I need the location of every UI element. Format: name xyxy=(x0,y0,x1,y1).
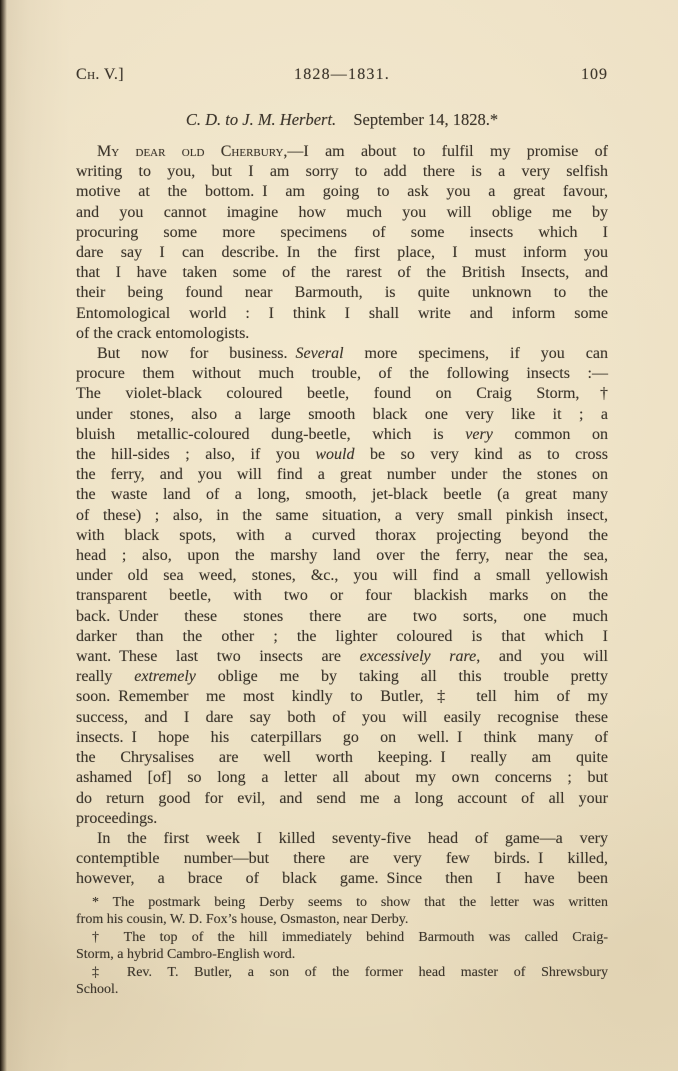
text-segment: writing to you, but I am sorry to add th… xyxy=(76,163,608,180)
text-segment: of these) ; also, in the same situation,… xyxy=(76,507,608,524)
text-segment: , and you will xyxy=(476,648,608,665)
text-segment: the ferry, and you will find a great num… xyxy=(76,466,608,483)
text-line: of the crack entomologists. xyxy=(76,324,608,344)
text-line: under old sea weed, stones, &c., you wil… xyxy=(76,566,608,586)
text-line: In the first week I killed seventy-five … xyxy=(76,829,608,849)
text-segment: ashamed [of] so long a letter all about … xyxy=(76,769,608,786)
text-line: insects. I hope his caterpillars go on w… xyxy=(76,728,608,748)
text-line: the hill-sides ; also, if you would be s… xyxy=(76,445,608,465)
letter-correspondents: C. D. to J. M. Herbert. xyxy=(186,110,336,129)
text-segment: and you cannot imagine how much you will… xyxy=(76,204,608,221)
text-segment: dare say I can describe. In the first pl… xyxy=(76,244,608,261)
footnote: † The top of the hill immediately behind… xyxy=(76,929,608,964)
text-segment: insects. I hope his caterpillars go on w… xyxy=(76,729,608,746)
text-line: of these) ; also, in the same situation,… xyxy=(76,506,608,526)
smallcaps-text: My dear old Cherbury xyxy=(97,143,283,160)
text-segment: the Chrysalises are well worth keeping. … xyxy=(76,749,608,766)
text-line: really extremely oblige me by taking all… xyxy=(76,667,608,687)
text-line: My dear old Cherbury,—I am about to fulf… xyxy=(76,142,608,162)
footnote: * The postmark being Derby seems to show… xyxy=(76,894,608,929)
italic-text: would xyxy=(315,446,354,463)
text-segment: do return good for evil, and send me a l… xyxy=(76,790,608,807)
text-segment: darker than the other ; the lighter colo… xyxy=(76,628,608,645)
text-segment: procure them without much trouble, of th… xyxy=(76,365,608,382)
header-date-range: 1828—1831. xyxy=(76,66,608,84)
footnotes: * The postmark being Derby seems to show… xyxy=(76,894,608,998)
italic-text: extremely xyxy=(134,668,196,685)
text-segment: be so very kind as to cross xyxy=(354,446,608,463)
text-line: however, a brace of black game. Since th… xyxy=(76,869,608,889)
chapter-label: Ch. V.] xyxy=(76,66,124,84)
text-line: The violet-black coloured beetle, found … xyxy=(76,384,608,404)
text-line: contemptible number—but there are very f… xyxy=(76,849,608,869)
text-line: dare say I can describe. In the first pl… xyxy=(76,243,608,263)
text-segment: really xyxy=(76,668,134,685)
text-line: ‡ Rev. T. Butler, a son of the former he… xyxy=(76,964,608,981)
text-line: ashamed [of] so long a letter all about … xyxy=(76,768,608,788)
letter-date: September 14, 1828.* xyxy=(353,110,498,129)
text-segment: Entomological world : I think I shall wr… xyxy=(76,305,608,322)
text-segment: bluish metallic-coloured dung-beetle, wh… xyxy=(76,426,465,443)
text-segment: from his cousin, W. D. Fox’s house, Osma… xyxy=(76,912,408,927)
text-segment: † The top of the hill immediately behind… xyxy=(92,930,608,945)
text-line: writing to you, but I am sorry to add th… xyxy=(76,162,608,182)
text-line: motive at the bottom. I am going to ask … xyxy=(76,182,608,202)
text-line: School. xyxy=(76,981,608,998)
text-segment: of the crack entomologists. xyxy=(76,325,249,342)
text-line: bluish metallic-coloured dung-beetle, wh… xyxy=(76,425,608,445)
text-segment: however, a brace of black game. Since th… xyxy=(76,870,608,887)
text-line: do return good for evil, and send me a l… xyxy=(76,789,608,809)
text-segment: that I have taken some of the rarest of … xyxy=(76,264,608,281)
text-line: But now for business. Several more speci… xyxy=(76,344,608,364)
text-segment: with black spots, with a curved thorax p… xyxy=(76,527,608,544)
text-segment: procuring some more specimens of some in… xyxy=(76,224,608,241)
running-header: Ch. V.] 1828—1831. 109 xyxy=(76,66,608,84)
italic-text: very xyxy=(465,426,493,443)
paragraph: In the first week I killed seventy-five … xyxy=(76,829,608,890)
text-line: † The top of the hill immediately behind… xyxy=(76,929,608,946)
text-segment: ‡ Rev. T. Butler, a son of the former he… xyxy=(92,965,608,980)
text-segment: In the first week I killed seventy-five … xyxy=(97,830,608,847)
text-segment: contemptible number—but there are very f… xyxy=(76,850,608,867)
letter-body: My dear old Cherbury,—I am about to fulf… xyxy=(76,142,608,890)
text-segment: But now for business. xyxy=(97,345,296,362)
book-page: Ch. V.] 1828—1831. 109 C. D. to J. M. He… xyxy=(0,0,678,1071)
text-line: with black spots, with a curved thorax p… xyxy=(76,526,608,546)
letter-heading: C. D. to J. M. Herbert. September 14, 18… xyxy=(76,110,608,130)
paragraph: My dear old Cherbury,—I am about to fulf… xyxy=(76,142,608,344)
text-segment: want. These last two insects are xyxy=(76,648,360,665)
text-segment: under stones, also a large smooth black … xyxy=(76,406,608,423)
text-line: want. These last two insects are excessi… xyxy=(76,647,608,667)
text-line: darker than the other ; the lighter colo… xyxy=(76,627,608,647)
text-segment: their being found near Barmouth, is quit… xyxy=(76,284,608,301)
text-line: the Chrysalises are well worth keeping. … xyxy=(76,748,608,768)
text-line: Storm, a hybrid Cambro-English word. xyxy=(76,946,608,963)
text-line: proceedings. xyxy=(76,809,608,829)
footnote: ‡ Rev. T. Butler, a son of the former he… xyxy=(76,964,608,999)
text-line: soon. Remember me most kindly to Butler,… xyxy=(76,687,608,707)
text-line: * The postmark being Derby seems to show… xyxy=(76,894,608,911)
page-number: 109 xyxy=(581,66,608,84)
italic-text: excessively rare xyxy=(360,648,477,665)
page-edge-shadow xyxy=(0,0,7,1071)
text-line: under stones, also a large smooth black … xyxy=(76,405,608,425)
paragraph: But now for business. Several more speci… xyxy=(76,344,608,829)
text-line: success, and I dare say both of you will… xyxy=(76,708,608,728)
text-segment: transparent beetle, with two or four bla… xyxy=(76,587,608,604)
text-segment: success, and I dare say both of you will… xyxy=(76,709,608,726)
text-segment: back. Under these stones there are two s… xyxy=(76,608,608,625)
text-line: back. Under these stones there are two s… xyxy=(76,607,608,627)
text-line: the waste land of a long, smooth, jet-bl… xyxy=(76,485,608,505)
text-line: the ferry, and you will find a great num… xyxy=(76,465,608,485)
text-line: Entomological world : I think I shall wr… xyxy=(76,304,608,324)
text-segment: more specimens, if you can xyxy=(344,345,608,362)
text-segment: the waste land of a long, smooth, jet-bl… xyxy=(76,486,608,503)
text-line: and you cannot imagine how much you will… xyxy=(76,203,608,223)
text-segment: under old sea weed, stones, &c., you wil… xyxy=(76,567,608,584)
text-line: from his cousin, W. D. Fox’s house, Osma… xyxy=(76,911,608,928)
text-segment: * The postmark being Derby seems to show… xyxy=(92,895,608,910)
text-segment: Storm, a hybrid Cambro-English word. xyxy=(76,947,295,962)
text-line: that I have taken some of the rarest of … xyxy=(76,263,608,283)
text-segment: common on xyxy=(493,426,608,443)
text-line: transparent beetle, with two or four bla… xyxy=(76,586,608,606)
text-line: procuring some more specimens of some in… xyxy=(76,223,608,243)
text-segment: proceedings. xyxy=(76,810,157,827)
text-segment: oblige me by taking all this trouble pre… xyxy=(196,668,608,685)
text-segment: soon. Remember me most kindly to Butler,… xyxy=(76,688,608,705)
text-segment: motive at the bottom. I am going to ask … xyxy=(76,183,608,200)
text-segment: the hill-sides ; also, if you xyxy=(76,446,315,463)
text-line: procure them without much trouble, of th… xyxy=(76,364,608,384)
text-line: their being found near Barmouth, is quit… xyxy=(76,283,608,303)
text-line: head ; also, upon the marshy land over t… xyxy=(76,546,608,566)
text-segment: head ; also, upon the marshy land over t… xyxy=(76,547,608,564)
italic-text: Several xyxy=(296,345,344,362)
text-segment: The violet-black coloured beetle, found … xyxy=(76,385,608,402)
text-segment: ,—I am about to fulfil my promise of xyxy=(283,143,608,160)
text-segment: School. xyxy=(76,982,118,997)
